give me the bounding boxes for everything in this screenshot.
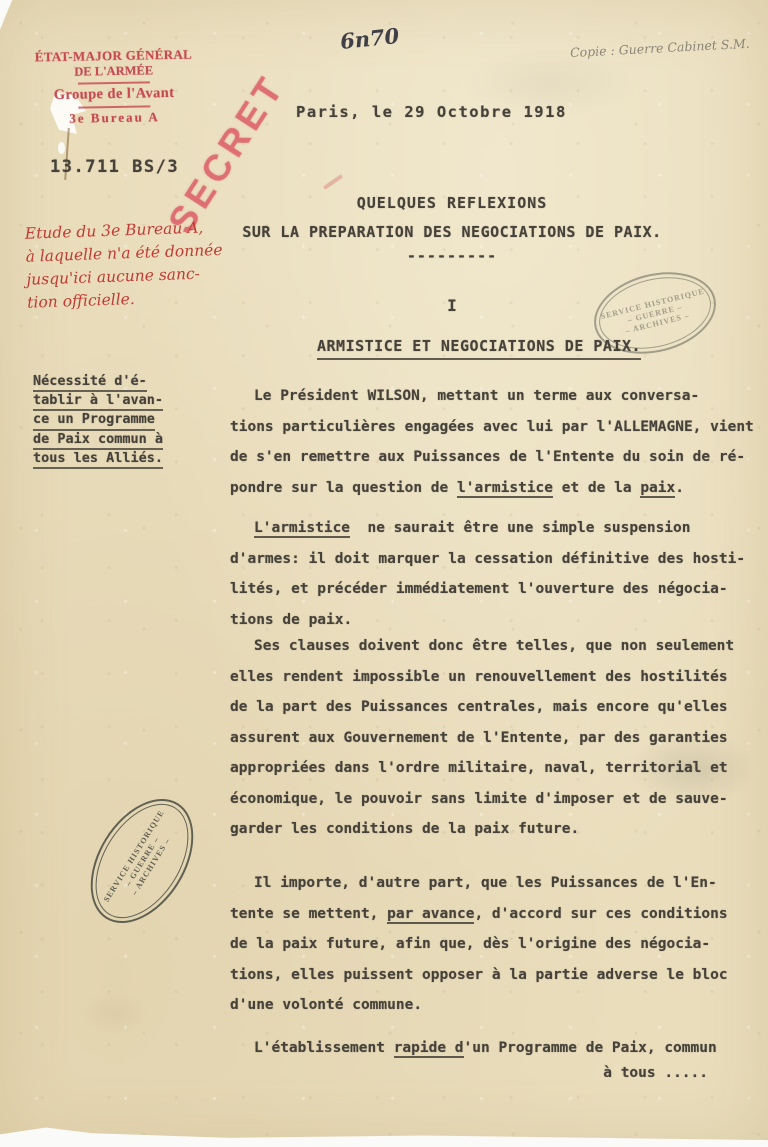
text-line: de la paix future, afin que, dès l'origi…: [230, 929, 768, 960]
text-line: Nécessité d'é-: [33, 373, 147, 392]
title-separator: ---------: [232, 247, 672, 265]
body-paragraph-2: L'armistice ne saurait être une simple s…: [230, 513, 768, 635]
body-paragraph-3: Ses clauses doivent donc être telles, qu…: [230, 631, 768, 845]
text-line: Il importe, d'autre part, que les Puissa…: [230, 868, 768, 899]
body-paragraph-5: L'établissement rapide d'un Programme de…: [230, 1033, 768, 1064]
red-margin-annotation: Etude du 3e Bureau A,à laquelle n'a été …: [24, 215, 242, 314]
section-heading: ARMISTICE ET NEGOCIATIONS DE PAIX.: [317, 337, 641, 360]
unit-stamp-line3: Groupe de l'Avant: [30, 85, 198, 105]
typed-margin-note: Nécessité d'é-tablir à l'avan-ce un Prog…: [33, 373, 163, 469]
file-number: 13.711 BS/3: [50, 157, 179, 177]
unit-stamp-line2: DE L'ARMÉE: [30, 63, 198, 81]
text-line: tions particulières engagées avec lui pa…: [230, 412, 768, 443]
body-paragraph-1: Le Président WILSON, mettant un terme au…: [230, 381, 768, 503]
unit-stamp-line1: ÉTAT-MAJOR GÉNÉRAL: [29, 47, 197, 66]
paper-tear: [58, 142, 65, 154]
text-line: L'armistice ne saurait être une simple s…: [230, 513, 768, 544]
text-line: pondre sur la question de l'armistice et…: [230, 473, 768, 504]
body-paragraph-4: Il importe, d'autre part, que les Puissa…: [230, 868, 768, 1021]
date-line: Paris, le 29 Octobre 1918: [296, 103, 567, 121]
scanned-document-page: { "page": { "paper_color": "#e9ddbc", "i…: [0, 0, 768, 1147]
unit-stamp-divider: [78, 105, 150, 108]
archive-stamp-line3: – ARCHIVES –: [129, 836, 171, 897]
text-line: de la part des Puissances centrales, mai…: [230, 692, 768, 723]
document-title: QUELQUES REFLEXIONS SUR LA PREPARATION D…: [232, 194, 672, 265]
text-line: Le Président WILSON, mettant un terme au…: [230, 381, 768, 412]
text-line: économique, le pouvoir sans limite d'imp…: [230, 784, 768, 815]
text-line: de Paix commun à: [33, 431, 163, 450]
text-line: Ses clauses doivent donc être telles, qu…: [230, 631, 768, 662]
text-line: garder les conditions de la paix future.: [230, 814, 768, 845]
text-line: tente se mettent, par avance, d'accord s…: [230, 899, 768, 930]
text-line: tions, elles puissent opposer à la parti…: [230, 960, 768, 991]
text-line: d'armes: il doit marquer la cessation dé…: [230, 544, 768, 575]
text-line: appropriées dans l'ordre militaire, nava…: [230, 753, 768, 784]
text-line: assurent aux Gouvernement de l'Entente, …: [230, 723, 768, 754]
section-number: I: [232, 296, 672, 315]
text-line: ce un Programme: [33, 411, 155, 430]
text-line: L'établissement rapide d'un Programme de…: [230, 1033, 768, 1064]
archive-stamp-line2: – GUERRE –: [123, 835, 160, 887]
unit-stamp-divider: [78, 81, 150, 84]
text-line: de s'en remettre aux Puissances de l'Ent…: [230, 442, 768, 473]
title-line2: SUR LA PREPARATION DES NEGOCIATIONS DE P…: [232, 223, 672, 241]
text-line: lités, et précéder immédiatement l'ouver…: [230, 574, 768, 605]
closing-line: à tous .....: [230, 1065, 708, 1081]
title-line1: QUELQUES REFLEXIONS: [232, 194, 672, 212]
text-line: d'une volonté commune.: [230, 990, 768, 1021]
text-line: tablir à l'avan-: [33, 392, 163, 411]
text-line: elles rendent impossible un renouvelleme…: [230, 662, 768, 693]
text-line: tous les Alliés.: [33, 450, 163, 469]
